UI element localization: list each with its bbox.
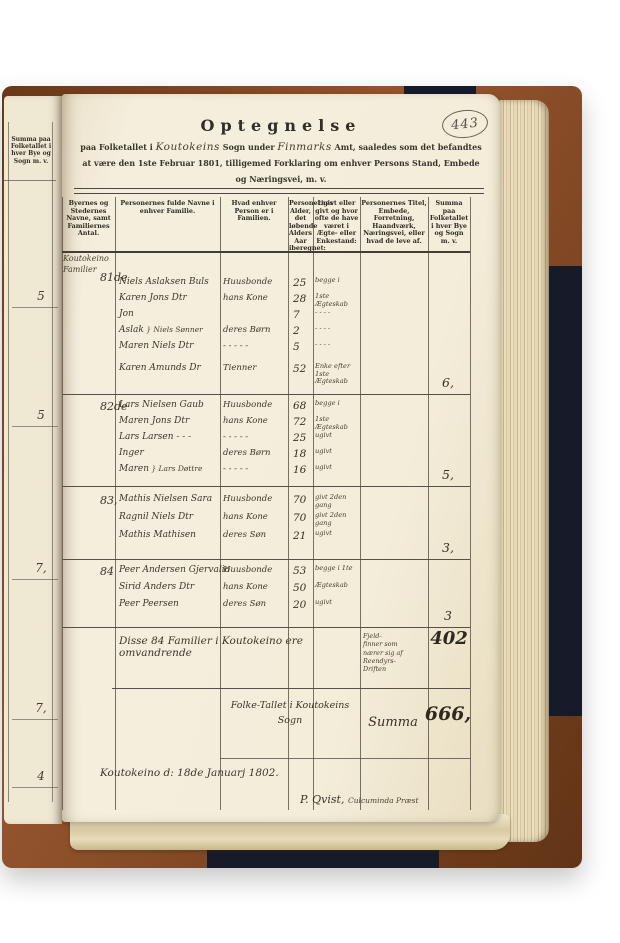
header-text: Amt, saaledes som det befandtes — [335, 142, 482, 152]
page-title: Optegnelse — [62, 116, 500, 135]
header-text: Sogn under — [223, 142, 275, 152]
member-name: Lars Nielsen Gaub — [119, 400, 204, 410]
member-marital-status: ugivt — [313, 599, 360, 607]
family-record: KoutokeinoFamilier81deNiels Aslaksen Bul… — [62, 251, 470, 395]
member-marital-status: begge i — [313, 400, 360, 408]
member-age: 5 — [288, 341, 313, 353]
census-table: Byernes og Stedernes Navne, samt Familie… — [62, 197, 472, 842]
column-header: Hvad enhver Person er i Familien. — [220, 197, 288, 251]
table-rule — [12, 307, 58, 308]
member-name: Karen Amunds Dr — [119, 363, 201, 373]
header-text: paa Folketallet i — [80, 142, 153, 152]
census-member-row: Jon7- - - - — [62, 309, 470, 325]
census-member-row: Peer Peersenderes Søn20ugivt — [62, 599, 470, 616]
photo-background: Summa paa Folketallet i hver Bye og Sogn… — [0, 0, 620, 943]
member-marital-status: Ægteskab — [313, 582, 360, 590]
handwritten-place: Koutokeins — [156, 141, 220, 153]
member-role: hans Kone — [220, 512, 288, 522]
member-marital-status: - - - - — [313, 325, 360, 333]
census-member-row: Maren Jons Dtrhans Kone721ste Ægteskab — [62, 416, 470, 432]
family-sum: 5, — [428, 467, 468, 482]
census-member-row: Maren } Lars Døttre- - - - -16ugivt — [62, 464, 470, 480]
header-line-3: at være den 1ste Februar 1801, tilligeme… — [62, 158, 500, 168]
census-member-row: Sirid Anders Dtrhans Kone50Ægteskab — [62, 582, 470, 599]
member-name: Maren Jons Dtr — [119, 416, 189, 426]
census-member-row: Karen Jons Dtrhans Kone281ste Ægteskab — [62, 293, 470, 309]
member-name: Mathis Mathisen — [119, 530, 196, 540]
member-marital-status: ugivt — [313, 464, 360, 472]
table-rule — [52, 122, 53, 802]
member-marital-status: givt 2den gang — [313, 494, 360, 509]
district-summary-row: Disse 84 Familier i Koutokeino ere omvan… — [62, 627, 470, 689]
census-member-row: Ragnil Niels Dtrhans Kone70givt 2den gan… — [62, 512, 470, 530]
member-role: deres Søn — [220, 599, 288, 609]
member-marital-status: 1ste Ægteskab — [313, 293, 360, 308]
member-marital-status: - - - - — [313, 341, 360, 349]
family-number: 83, — [100, 494, 126, 507]
member-role: Huusbonde — [220, 400, 288, 410]
left-page-sum: 4 — [30, 769, 52, 783]
member-name: Lars Larsen - - - — [119, 432, 191, 442]
member-role: hans Kone — [220, 416, 288, 426]
family-sum: 3 — [428, 608, 468, 623]
table-rule — [12, 579, 58, 580]
left-page-column-header: Summa paa Folketallet i hver Bye og Sogn… — [10, 136, 52, 165]
table-rule — [220, 758, 470, 759]
family-record: 82deLars Nielsen GaubHuusbonde68begge iM… — [62, 394, 470, 487]
census-member-row: Maren Niels Dtr- - - - -5- - - - — [62, 341, 470, 357]
summa-label: Summa — [360, 715, 426, 730]
member-age: 25 — [288, 432, 313, 444]
member-role: Huusbonde — [220, 565, 288, 575]
summary-text: Disse 84 Familier i Koutokeino ere omvan… — [119, 635, 365, 659]
date-line: Koutokeino d: 18de Januarj 1802. — [100, 767, 279, 779]
member-role: deres Søn — [220, 530, 288, 540]
member-age: 70 — [288, 512, 313, 524]
member-name: Sirid Anders Dtr — [119, 582, 194, 592]
member-marital-status: begge i — [313, 277, 360, 285]
member-role: Tienner — [220, 363, 288, 373]
header-divider-rule — [74, 188, 484, 194]
member-age: 52 — [288, 363, 313, 375]
member-role: hans Kone — [220, 293, 288, 303]
column-header: Personernes Titel, Embede, Forretning, H… — [360, 197, 428, 251]
table-rule — [4, 180, 56, 181]
member-marital-status: Enke efter 1ste Ægteskab — [313, 363, 360, 386]
total-label-line: Sogn — [220, 714, 360, 729]
signature: P. Qvist, Culcuminda Præst — [300, 793, 419, 806]
total-label-line: Folke-Tallet i Koutokeins — [220, 699, 360, 714]
family-record: 84Peer Andersen GjervalioHuusbonde53begg… — [62, 559, 470, 628]
member-name: Maren — [119, 464, 149, 474]
member-marital-status: ugivt — [313, 432, 360, 440]
total-row: Folke-Tallet i Koutokeins Sogn Summa 666… — [62, 689, 470, 759]
member-role: Huusbonde — [220, 494, 288, 504]
summary-count: 402 — [426, 628, 472, 649]
left-page-sum: 7, — [30, 701, 52, 715]
member-age: 7 — [288, 309, 313, 321]
member-marital-status: - - - - — [313, 309, 360, 317]
column-header: Summa paa Folketallet i hver Bye og Sogn… — [428, 197, 470, 251]
family-record: 83,Mathis Nielsen SaraHuusbonde70givt 2d… — [62, 486, 470, 560]
header-line-4: og Næringsvei, m. v. — [62, 174, 500, 184]
member-role: hans Kone — [220, 582, 288, 592]
member-name: Jon — [119, 309, 134, 319]
column-header: Byernes og Stedernes Navne, samt Familie… — [62, 197, 115, 251]
left-page-sum: 7, — [30, 561, 52, 575]
member-marital-status: begge i 1te — [313, 565, 360, 573]
member-marital-status: ugivt — [313, 448, 360, 456]
member-age: 16 — [288, 464, 313, 476]
member-name: Niels Aslaksen Buls — [119, 277, 209, 287]
member-name: Aslak — [119, 325, 144, 335]
member-age: 53 — [288, 565, 313, 577]
census-member-row: Ingerderes Børn18ugivt — [62, 448, 470, 464]
member-name: Inger — [119, 448, 144, 458]
member-role: - - - - - — [220, 432, 288, 442]
member-age: 50 — [288, 582, 313, 594]
member-age: 25 — [288, 277, 313, 289]
sibling-brace-label: } Niels Sønner — [144, 325, 203, 334]
member-role: - - - - - — [220, 341, 288, 351]
member-role: - - - - - — [220, 464, 288, 474]
sibling-brace-label: } Lars Døttre — [149, 464, 202, 473]
member-marital-status: ugivt — [313, 530, 360, 538]
header-line-2: paa Folketallet i Koutokeins Sogn under … — [62, 141, 500, 153]
table-rule — [12, 719, 58, 720]
signature-title: Culcuminda Præst — [348, 796, 419, 805]
member-name: Maren Niels Dtr — [119, 341, 193, 351]
member-age: 18 — [288, 448, 313, 460]
member-name: Peer Andersen Gjervalio — [119, 565, 230, 575]
member-age: 20 — [288, 599, 313, 611]
member-name: Karen Jons Dtr — [119, 293, 187, 303]
total-label: Folke-Tallet i Koutokeins Sogn — [220, 699, 360, 728]
census-member-row: Karen Amunds DrTienner52Enke efter 1ste … — [62, 363, 470, 379]
member-name: Peer Peersen — [119, 599, 179, 609]
census-page: 443 Optegnelse paa Folketallet i Koutoke… — [62, 94, 500, 822]
census-member-row: Lars Larsen - - -- - - - -25ugivt — [62, 432, 470, 448]
member-age: 28 — [288, 293, 313, 305]
table-rule — [12, 787, 58, 788]
member-role: deres Børn — [220, 448, 288, 458]
handwritten-amt: Finmarks — [277, 141, 331, 153]
page-stack-fore-edge — [497, 100, 549, 842]
family-number: 81de — [100, 271, 126, 284]
table-header-row: Byernes og Stedernes Navne, samt Familie… — [62, 197, 470, 253]
left-page-sum: 5 — [30, 289, 52, 303]
member-name: Ragnil Niels Dtr — [119, 512, 193, 522]
member-age: 21 — [288, 530, 313, 542]
table-rule — [12, 426, 58, 427]
table-rule — [8, 122, 9, 802]
census-member-row: Aslak } Niels Sønnerderes Børn2- - - - — [62, 325, 470, 341]
member-marital-status: 1ste Ægteskab — [313, 416, 360, 431]
signature-name: P. Qvist, — [300, 793, 344, 806]
member-name: Mathis Nielsen Sara — [119, 494, 212, 504]
member-age: 72 — [288, 416, 313, 428]
family-number: 84 — [100, 565, 126, 578]
family-number: 82de — [100, 400, 126, 413]
column-header: Personernes fulde Navne i enhver Familie… — [115, 197, 220, 251]
census-member-row: Mathis Mathisenderes Søn21ugivt — [62, 530, 470, 548]
member-role: deres Børn — [220, 325, 288, 335]
total-count: 666, — [424, 703, 472, 725]
previous-page-edge: Summa paa Folketallet i hver Bye og Sogn… — [4, 96, 62, 824]
column-header: Ugivt eller givt og hvor ofte de have væ… — [313, 197, 360, 251]
member-role: Huusbonde — [220, 277, 288, 287]
family-sum: 6, — [428, 375, 468, 390]
member-age: 2 — [288, 325, 313, 337]
member-marital-status: givt 2den gang — [313, 512, 360, 527]
column-header: Personernes Alder, det løbende Alders Aa… — [288, 197, 313, 251]
family-sum: 3, — [428, 540, 468, 555]
summary-note: Fjeld-finner somnærer sig afReendyrs-Dri… — [363, 632, 425, 674]
member-age: 68 — [288, 400, 313, 412]
left-page-sum: 5 — [30, 408, 52, 422]
member-age: 70 — [288, 494, 313, 506]
